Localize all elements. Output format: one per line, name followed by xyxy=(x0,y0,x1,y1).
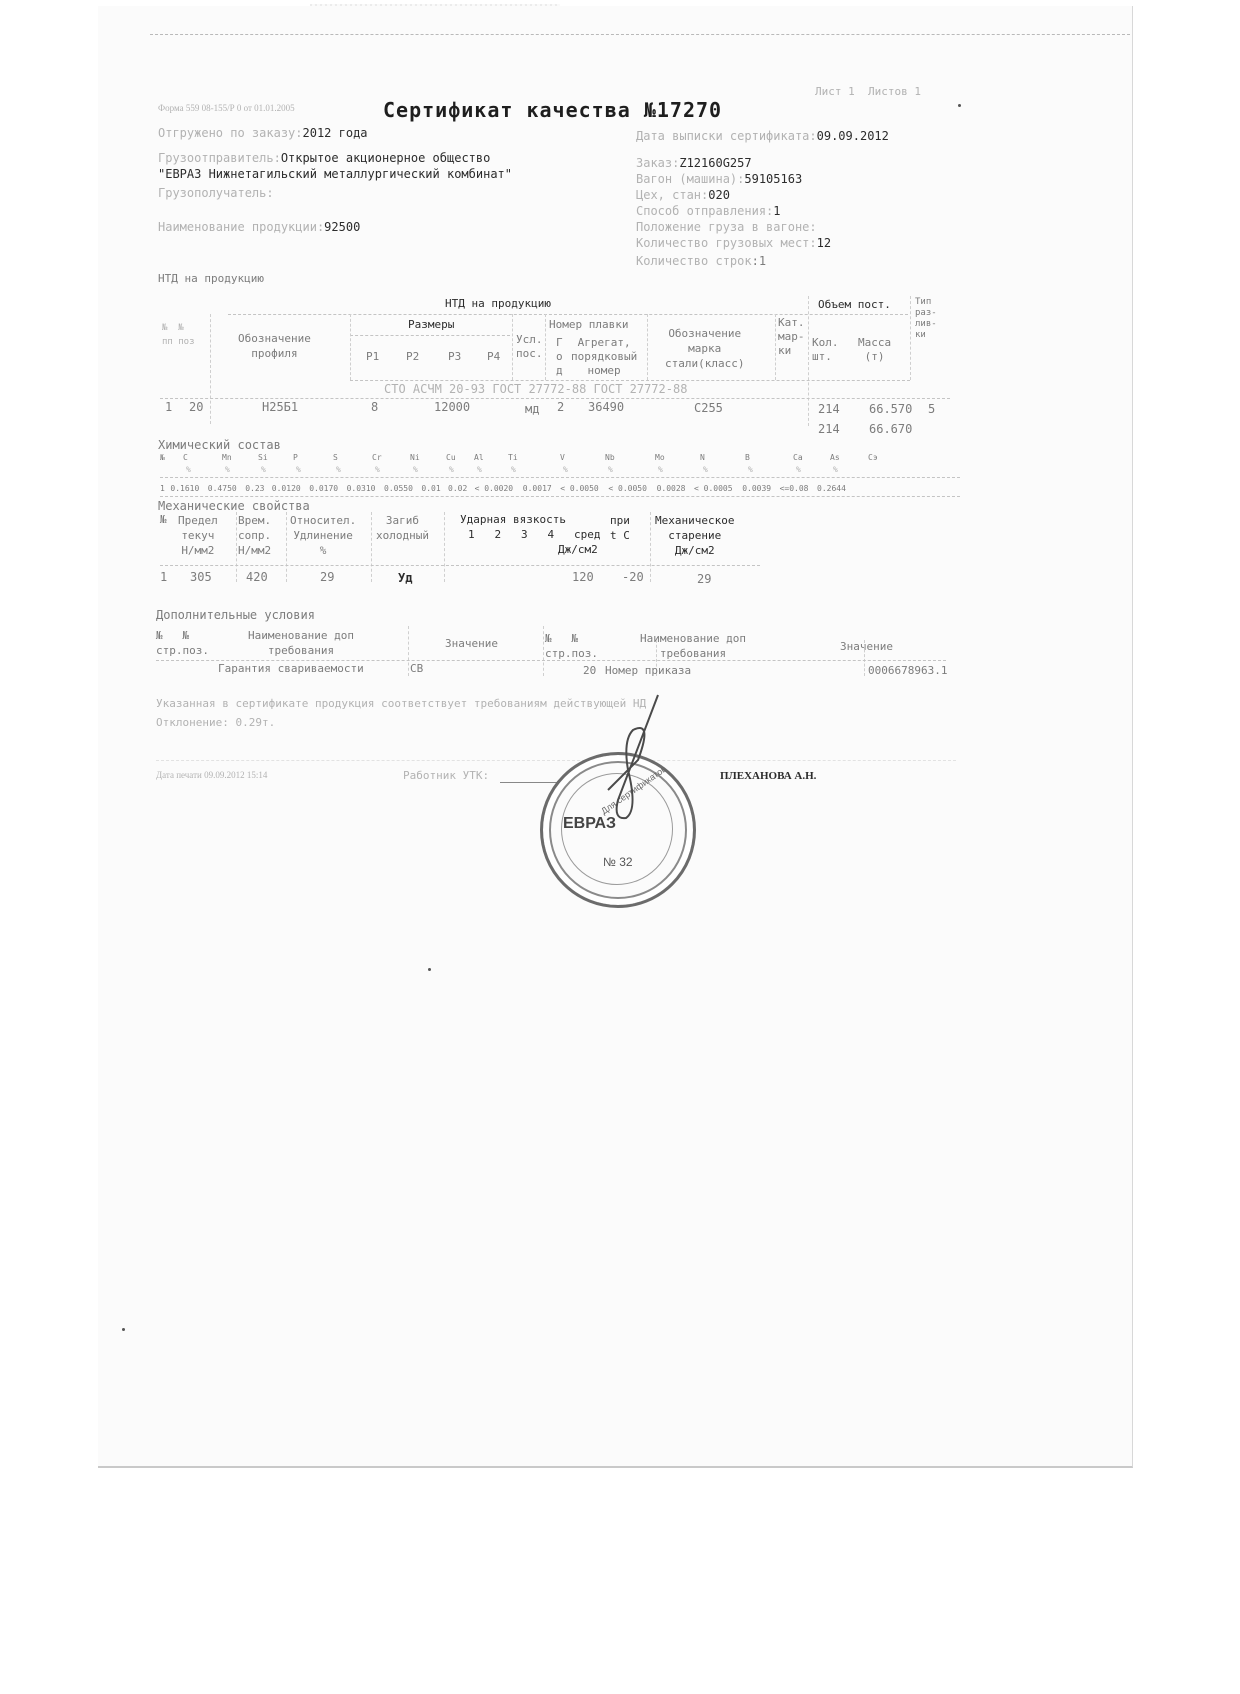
mech-row-tensile: 420 xyxy=(246,570,268,584)
aging-header: Механическое старение Дж/см2 xyxy=(655,513,734,558)
worker-name: ПЛЕХАНОВА А.Н. xyxy=(720,770,816,782)
chemistry-label: Химический состав xyxy=(158,438,281,452)
p2-header: P2 xyxy=(406,350,419,363)
add-right-row-value: 0006678963.1 xyxy=(868,664,947,677)
chem-value-2: 0.4750 xyxy=(208,484,237,493)
chem-header-8: Cu xyxy=(446,453,456,462)
order-label: Заказ: xyxy=(636,156,679,170)
ntd-row-steel: С255 xyxy=(694,401,723,415)
num-header: № № пп поз xyxy=(162,321,195,349)
yield-header: Предел текуч Н/мм2 xyxy=(178,513,218,558)
add-left-row-name: Гарантия свариваемости xyxy=(218,662,364,675)
shipper-label: Грузоотправитель: xyxy=(158,151,281,165)
ntd-row-p3: 12000 xyxy=(434,400,470,414)
usl-header: Усл. пос. xyxy=(516,333,543,361)
scan-speck xyxy=(958,104,961,107)
ntd-row-aggregate: 36490 xyxy=(588,400,624,414)
shipped-line: Отгружено по заказу:2012 года xyxy=(158,126,368,140)
wagon-label: Вагон (машина): xyxy=(636,172,744,186)
shop-line: Цех, стан:020 xyxy=(636,188,730,202)
chem-value-11: 0.0017 xyxy=(523,484,552,493)
chem-value-4: 0.0120 xyxy=(272,484,301,493)
sheet-info: Лист 1 Листов 1 xyxy=(815,85,921,98)
mech-num-header: № xyxy=(160,513,167,526)
scan-edge-line xyxy=(150,34,1130,35)
tensile-header: Врем. сопр. Н/мм2 xyxy=(238,513,271,558)
ntd-table-title: НТД на продукцию xyxy=(445,297,551,310)
chem-header-18: Cэ xyxy=(868,453,878,462)
ntd-section-label: НТД на продукцию xyxy=(158,272,264,285)
ntd-row-p1: 8 xyxy=(371,400,378,414)
mass-header: Масса (т) xyxy=(858,336,891,364)
order-value: Z12160G257 xyxy=(679,156,751,170)
chem-unit-9: % xyxy=(477,465,482,474)
chem-header-1: C xyxy=(183,453,188,462)
chem-unit-12: % xyxy=(608,465,613,474)
chem-value-3: 0.23 xyxy=(245,484,264,493)
cat-header: Кат. мар- ки xyxy=(778,316,805,358)
mech-row-aging: 29 xyxy=(697,572,711,586)
document-title: Сертификат качества №17270 xyxy=(383,98,722,122)
shipper-line: Грузоотправитель:Открытое акционерное об… xyxy=(158,151,490,165)
chem-header-5: S xyxy=(333,453,338,462)
volume-header: Объем пост. xyxy=(818,298,891,311)
mech-row-elongation: 29 xyxy=(320,570,334,584)
impact-cols-header: 1 2 3 4 сред xyxy=(468,528,600,541)
chem-unit-10: % xyxy=(511,465,516,474)
standard-line: СТО АСЧМ 20-93 ГОСТ 27772-88 ГОСТ 27772-… xyxy=(384,382,687,396)
dispatch-line: Способ отправления:1 xyxy=(636,204,781,218)
profile-header: Обозначение профиля xyxy=(238,331,311,361)
chem-unit-6: % xyxy=(375,465,380,474)
mechanical-label: Механические свойства xyxy=(158,499,310,513)
ntd-row-profile: Н25Б1 xyxy=(262,400,298,414)
shipper-value: Открытое акционерное общество xyxy=(281,151,491,165)
places-label: Количество грузовых мест: xyxy=(636,236,817,250)
product-line: Наименование продукции:92500 xyxy=(158,220,360,234)
scan-speck xyxy=(428,968,431,971)
add-left-value-header: Значение xyxy=(445,637,498,650)
additional-label: Дополнительные условия xyxy=(156,608,315,622)
scan-speck xyxy=(122,1328,125,1331)
rows-line: Количество строк:1 xyxy=(636,254,766,268)
ntd-row-qty: 214 xyxy=(818,402,840,416)
places-value: 12 xyxy=(817,236,831,250)
shipped-label: Отгружено по заказу: xyxy=(158,126,303,140)
mech-row-bend: Уд xyxy=(398,571,412,585)
chem-header-13: Mo xyxy=(655,453,665,462)
chem-unit-5: % xyxy=(336,465,341,474)
chem-unit-14: % xyxy=(703,465,708,474)
wagon-line: Вагон (машина):59105163 xyxy=(636,172,802,186)
conformity-text: Указанная в сертификате продукция соотве… xyxy=(156,697,646,710)
ntd-row-god: 2 xyxy=(557,400,564,414)
worker-label: Работник УТК: xyxy=(403,769,489,782)
dispatch-label: Способ отправления: xyxy=(636,204,773,218)
chem-unit-8: % xyxy=(449,465,454,474)
chem-header-10: Ti xyxy=(508,453,518,462)
impact-header: Ударная вязкость xyxy=(460,513,566,526)
chem-header-12: Nb xyxy=(605,453,615,462)
issue-date-label: Дата выписки сертификата: xyxy=(636,129,817,143)
chem-header-3: Si xyxy=(258,453,268,462)
sizes-header: Размеры xyxy=(408,318,454,331)
add-right-num-header: № № стр.поз. xyxy=(545,631,598,661)
chem-value-14: 0.0028 xyxy=(657,484,686,493)
dispatch-value: 1 xyxy=(773,204,780,218)
chem-header-2: Mn xyxy=(222,453,232,462)
shipper-value-2: "ЕВРАЗ Нижнетагильский металлургический … xyxy=(158,167,512,181)
issue-date-value: 09.09.2012 xyxy=(817,129,889,143)
chem-unit-1: % xyxy=(186,465,191,474)
chem-header-0: № xyxy=(160,453,165,462)
form-code: Форма 559 08-155/Р 0 от 01.01.2005 xyxy=(158,103,295,113)
position-line: Положение груза в вагоне: xyxy=(636,220,817,234)
ntd-row-pp: 1 xyxy=(165,400,172,414)
chem-unit-17: % xyxy=(833,465,838,474)
chem-value-18: 0.2644 xyxy=(817,484,846,493)
chem-value-1: 0.1610 xyxy=(170,484,199,493)
chem-unit-2: % xyxy=(225,465,230,474)
consignee-label: Грузополучатель: xyxy=(158,186,274,200)
chem-unit-4: % xyxy=(296,465,301,474)
chem-header-6: Cr xyxy=(372,453,382,462)
chem-unit-16: % xyxy=(796,465,801,474)
shop-value: 020 xyxy=(708,188,730,202)
mech-row-num: 1 xyxy=(160,570,167,584)
chem-header-17: As xyxy=(830,453,840,462)
chem-header-11: V xyxy=(560,453,565,462)
chem-value-0: 1 xyxy=(160,484,165,493)
chem-value-16: 0.0039 xyxy=(742,484,771,493)
chem-value-17: <=0.08 xyxy=(780,484,809,493)
issue-date-line: Дата выписки сертификата:09.09.2012 xyxy=(636,129,889,143)
p3-header: P3 xyxy=(448,350,461,363)
position-label: Положение груза в вагоне: xyxy=(636,220,817,234)
p1-header: P1 xyxy=(366,350,379,363)
chem-header-16: Ca xyxy=(793,453,803,462)
mech-row-temp: -20 xyxy=(622,570,644,584)
rows-label: Количество строк xyxy=(636,254,752,268)
temp-header: при t C xyxy=(610,513,630,543)
chem-value-10: < 0.0020 xyxy=(475,484,514,493)
impact-unit-header: Дж/см2 xyxy=(558,543,598,556)
chem-value-12: < 0.0050 xyxy=(560,484,599,493)
chem-header-9: Al xyxy=(474,453,484,462)
add-left-row-value: СВ xyxy=(410,662,423,675)
chem-unit-13: % xyxy=(658,465,663,474)
ntd-row-type: 5 xyxy=(928,402,935,416)
product-label: Наименование продукции: xyxy=(158,220,324,234)
bend-header: Загиб холодный xyxy=(376,513,429,543)
chem-value-7: 0.0550 xyxy=(384,484,413,493)
order-line: Заказ:Z12160G257 xyxy=(636,156,752,170)
ntd-row-usl: мд xyxy=(525,402,539,416)
add-left-num-header: № № стр.поз. xyxy=(156,628,209,658)
chem-unit-11: % xyxy=(563,465,568,474)
ntd-row-poz: 20 xyxy=(189,400,203,414)
mech-row-impact-avg: 120 xyxy=(572,570,594,584)
elongation-header: Относител. Удлинение % xyxy=(290,513,356,558)
add-right-row-num: 20 xyxy=(583,664,596,677)
add-left-name-header: Наименование доп требования xyxy=(248,628,354,658)
wagon-value: 59105163 xyxy=(744,172,802,186)
shipped-value: 2012 года xyxy=(303,126,368,140)
places-line: Количество грузовых мест:12 xyxy=(636,236,831,250)
total-qty: 214 xyxy=(818,422,840,436)
shop-label: Цех, стан: xyxy=(636,188,708,202)
aggregate-header: Агрегат, порядковый номер xyxy=(571,336,637,378)
rows-value: :1 xyxy=(752,254,766,268)
chem-value-5: 0.0170 xyxy=(309,484,338,493)
chem-value-6: 0.0310 xyxy=(347,484,376,493)
chem-header-15: B xyxy=(745,453,750,462)
chem-header-4: P xyxy=(293,453,298,462)
ntd-row-mass: 66.570 xyxy=(869,402,912,416)
god-header: Г о д xyxy=(556,336,563,378)
chem-value-9: 0.02 xyxy=(448,484,467,493)
mech-row-yield: 305 xyxy=(190,570,212,584)
chem-header-7: Ni xyxy=(410,453,420,462)
chem-value-8: 0.01 xyxy=(421,484,440,493)
rounding-text: Отклонение: 0.29т. xyxy=(156,716,275,729)
add-right-value-header: Значение xyxy=(840,640,893,653)
chem-unit-3: % xyxy=(261,465,266,474)
chem-value-13: < 0.0050 xyxy=(608,484,647,493)
chem-unit-7: % xyxy=(413,465,418,474)
signature-icon xyxy=(598,690,678,840)
print-date: Дата печати 09.09.2012 15:14 xyxy=(156,770,267,780)
qty-header: Кол. шт. xyxy=(812,336,839,364)
product-value: 92500 xyxy=(324,220,360,234)
heat-number-header: Номер плавки xyxy=(549,318,628,331)
chem-unit-15: % xyxy=(748,465,753,474)
steel-header: Обозначение марка стали(класс) xyxy=(665,326,744,371)
total-mass: 66.670 xyxy=(869,422,912,436)
chem-value-15: < 0.0005 xyxy=(694,484,733,493)
p4-header: P4 xyxy=(487,350,500,363)
chem-header-14: N xyxy=(700,453,705,462)
add-right-row-name: Номер приказа xyxy=(605,664,691,677)
stamp-number: № 32 xyxy=(603,855,633,869)
type-header: Тип раз- лив- ки xyxy=(915,297,937,341)
